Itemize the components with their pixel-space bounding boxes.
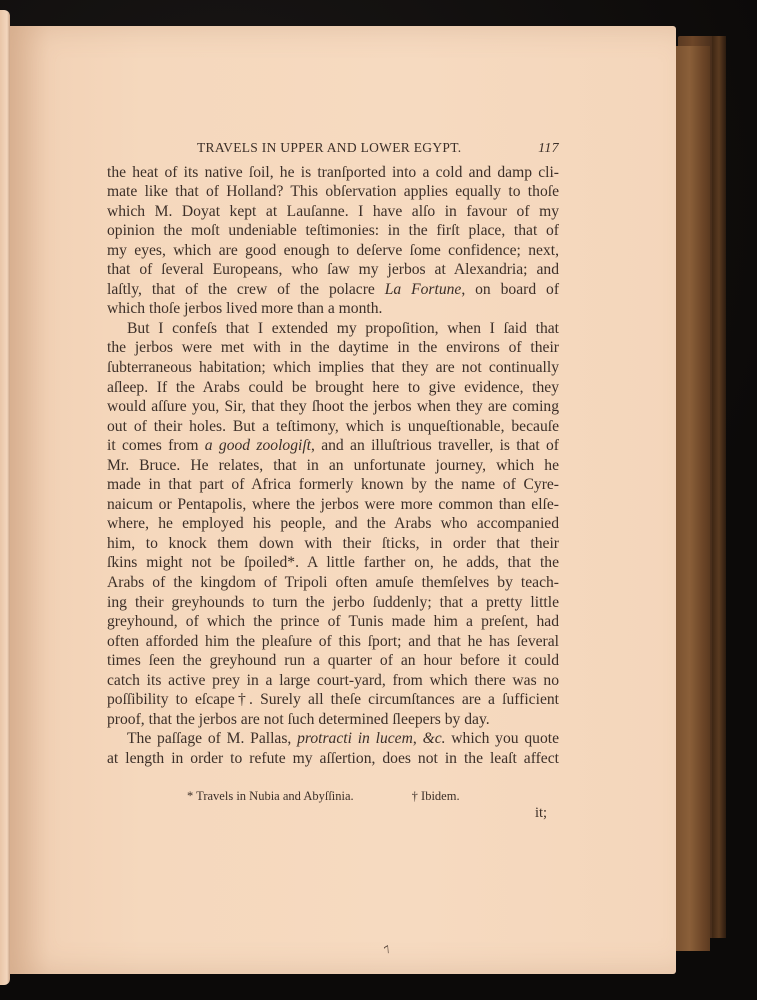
page-text: TRAVELS IN UPPER AND LOWER EGYPT. 117 th… xyxy=(107,138,559,769)
text-fragment: , on board of xyxy=(461,281,559,298)
page-fore-edge xyxy=(676,46,710,951)
text-line: ſubterraneous habitation; which implies … xyxy=(107,358,559,378)
text-line: that of ſeveral Europeans, who ſaw my je… xyxy=(107,260,559,280)
text-line: which thoſe jerbos lived more than a mon… xyxy=(107,299,559,319)
paragraph-start: The paſſage of M. Pallas, protracti in l… xyxy=(107,729,559,749)
text-line: naicum or Pentapolis, where the jerbos w… xyxy=(107,495,559,515)
text-line: which M. Doyat kept at Lauſanne. I have … xyxy=(107,202,559,222)
text-line: greyhound, of which the prince of Tunis … xyxy=(107,612,559,632)
pallas-quote-italic: protracti in lucem xyxy=(297,730,413,747)
text-line: at length in order to refute my aſſertio… xyxy=(107,749,559,769)
text-line: the heat of its native ſoil, he is tranſ… xyxy=(107,163,559,183)
ship-name-italic: La Fortune xyxy=(385,281,462,298)
text-line: ſkins might not be ſpoiled*. A little fa… xyxy=(107,553,559,573)
text-fragment: it comes from xyxy=(107,437,205,454)
left-page-edge xyxy=(0,10,10,985)
text-line: made in that part of Africa formerly kno… xyxy=(107,475,559,495)
text-fragment: which you quote xyxy=(446,730,560,747)
text-line: catch its active prey in a large court-y… xyxy=(107,671,559,691)
text-line: Mr. Bruce. He relates, that in an unfort… xyxy=(107,456,559,476)
text-line: my eyes, which are good enough to deſerv… xyxy=(107,241,559,261)
text-line: mate like that of Holland? This obſervat… xyxy=(107,182,559,202)
text-line: proof, that the jerbos are not ſuch dete… xyxy=(107,710,559,730)
text-line: Arabs of the kingdom of Tripoli often am… xyxy=(107,573,559,593)
text-line: it comes from a good zoologiſt, and an i… xyxy=(107,436,559,456)
text-fragment: , and an illuſtrious traveller, is that … xyxy=(311,437,559,454)
running-head-title: TRAVELS IN UPPER AND LOWER EGYPT. xyxy=(197,138,461,158)
text-line: the jerbos were met with in the daytime … xyxy=(107,338,559,358)
running-head: TRAVELS IN UPPER AND LOWER EGYPT. 117 xyxy=(107,138,559,159)
text-line: out of their holes. But a teſtimony, whi… xyxy=(107,417,559,437)
text-line: poſſibility to eſcape†. Surely all theſe… xyxy=(107,690,559,710)
book-cover-edge xyxy=(712,36,726,938)
text-fragment: The paſſage of M. Pallas, xyxy=(127,730,297,747)
paragraph-start: But I confeſs that I extended my propoſi… xyxy=(107,319,559,339)
etc-italic: &c. xyxy=(423,730,446,747)
text-line: would aſſure you, Sir, that they ſhoot t… xyxy=(107,397,559,417)
catchword: it; xyxy=(535,805,547,822)
footnote-asterisk: * Travels in Nubia and Abyſſinia. xyxy=(187,789,354,804)
text-line: ing their greyhounds to turn the jerbo ſ… xyxy=(107,593,559,613)
zoologist-italic: a good zoologiſt xyxy=(205,437,311,454)
page-number: 117 xyxy=(538,139,559,159)
text-line: laſtly, that of the crew of the polacre … xyxy=(107,280,559,300)
text-fragment: laſtly, that of the crew of the polacre xyxy=(107,281,385,298)
text-line: opinion the moſt undeniable teſtimonies:… xyxy=(107,221,559,241)
text-line: often afforded him the pleaſure of this … xyxy=(107,632,559,652)
text-line: him, to knock them down with their ſtick… xyxy=(107,534,559,554)
text-line: where, he employed his people, and the A… xyxy=(107,514,559,534)
text-line: aſleep. If the Arabs could be brought he… xyxy=(107,378,559,398)
text-line: times ſeen the greyhound run a quarter o… xyxy=(107,651,559,671)
footnote-dagger: † Ibidem. xyxy=(412,789,460,804)
footnotes: * Travels in Nubia and Abyſſinia. † Ibid… xyxy=(107,789,559,804)
